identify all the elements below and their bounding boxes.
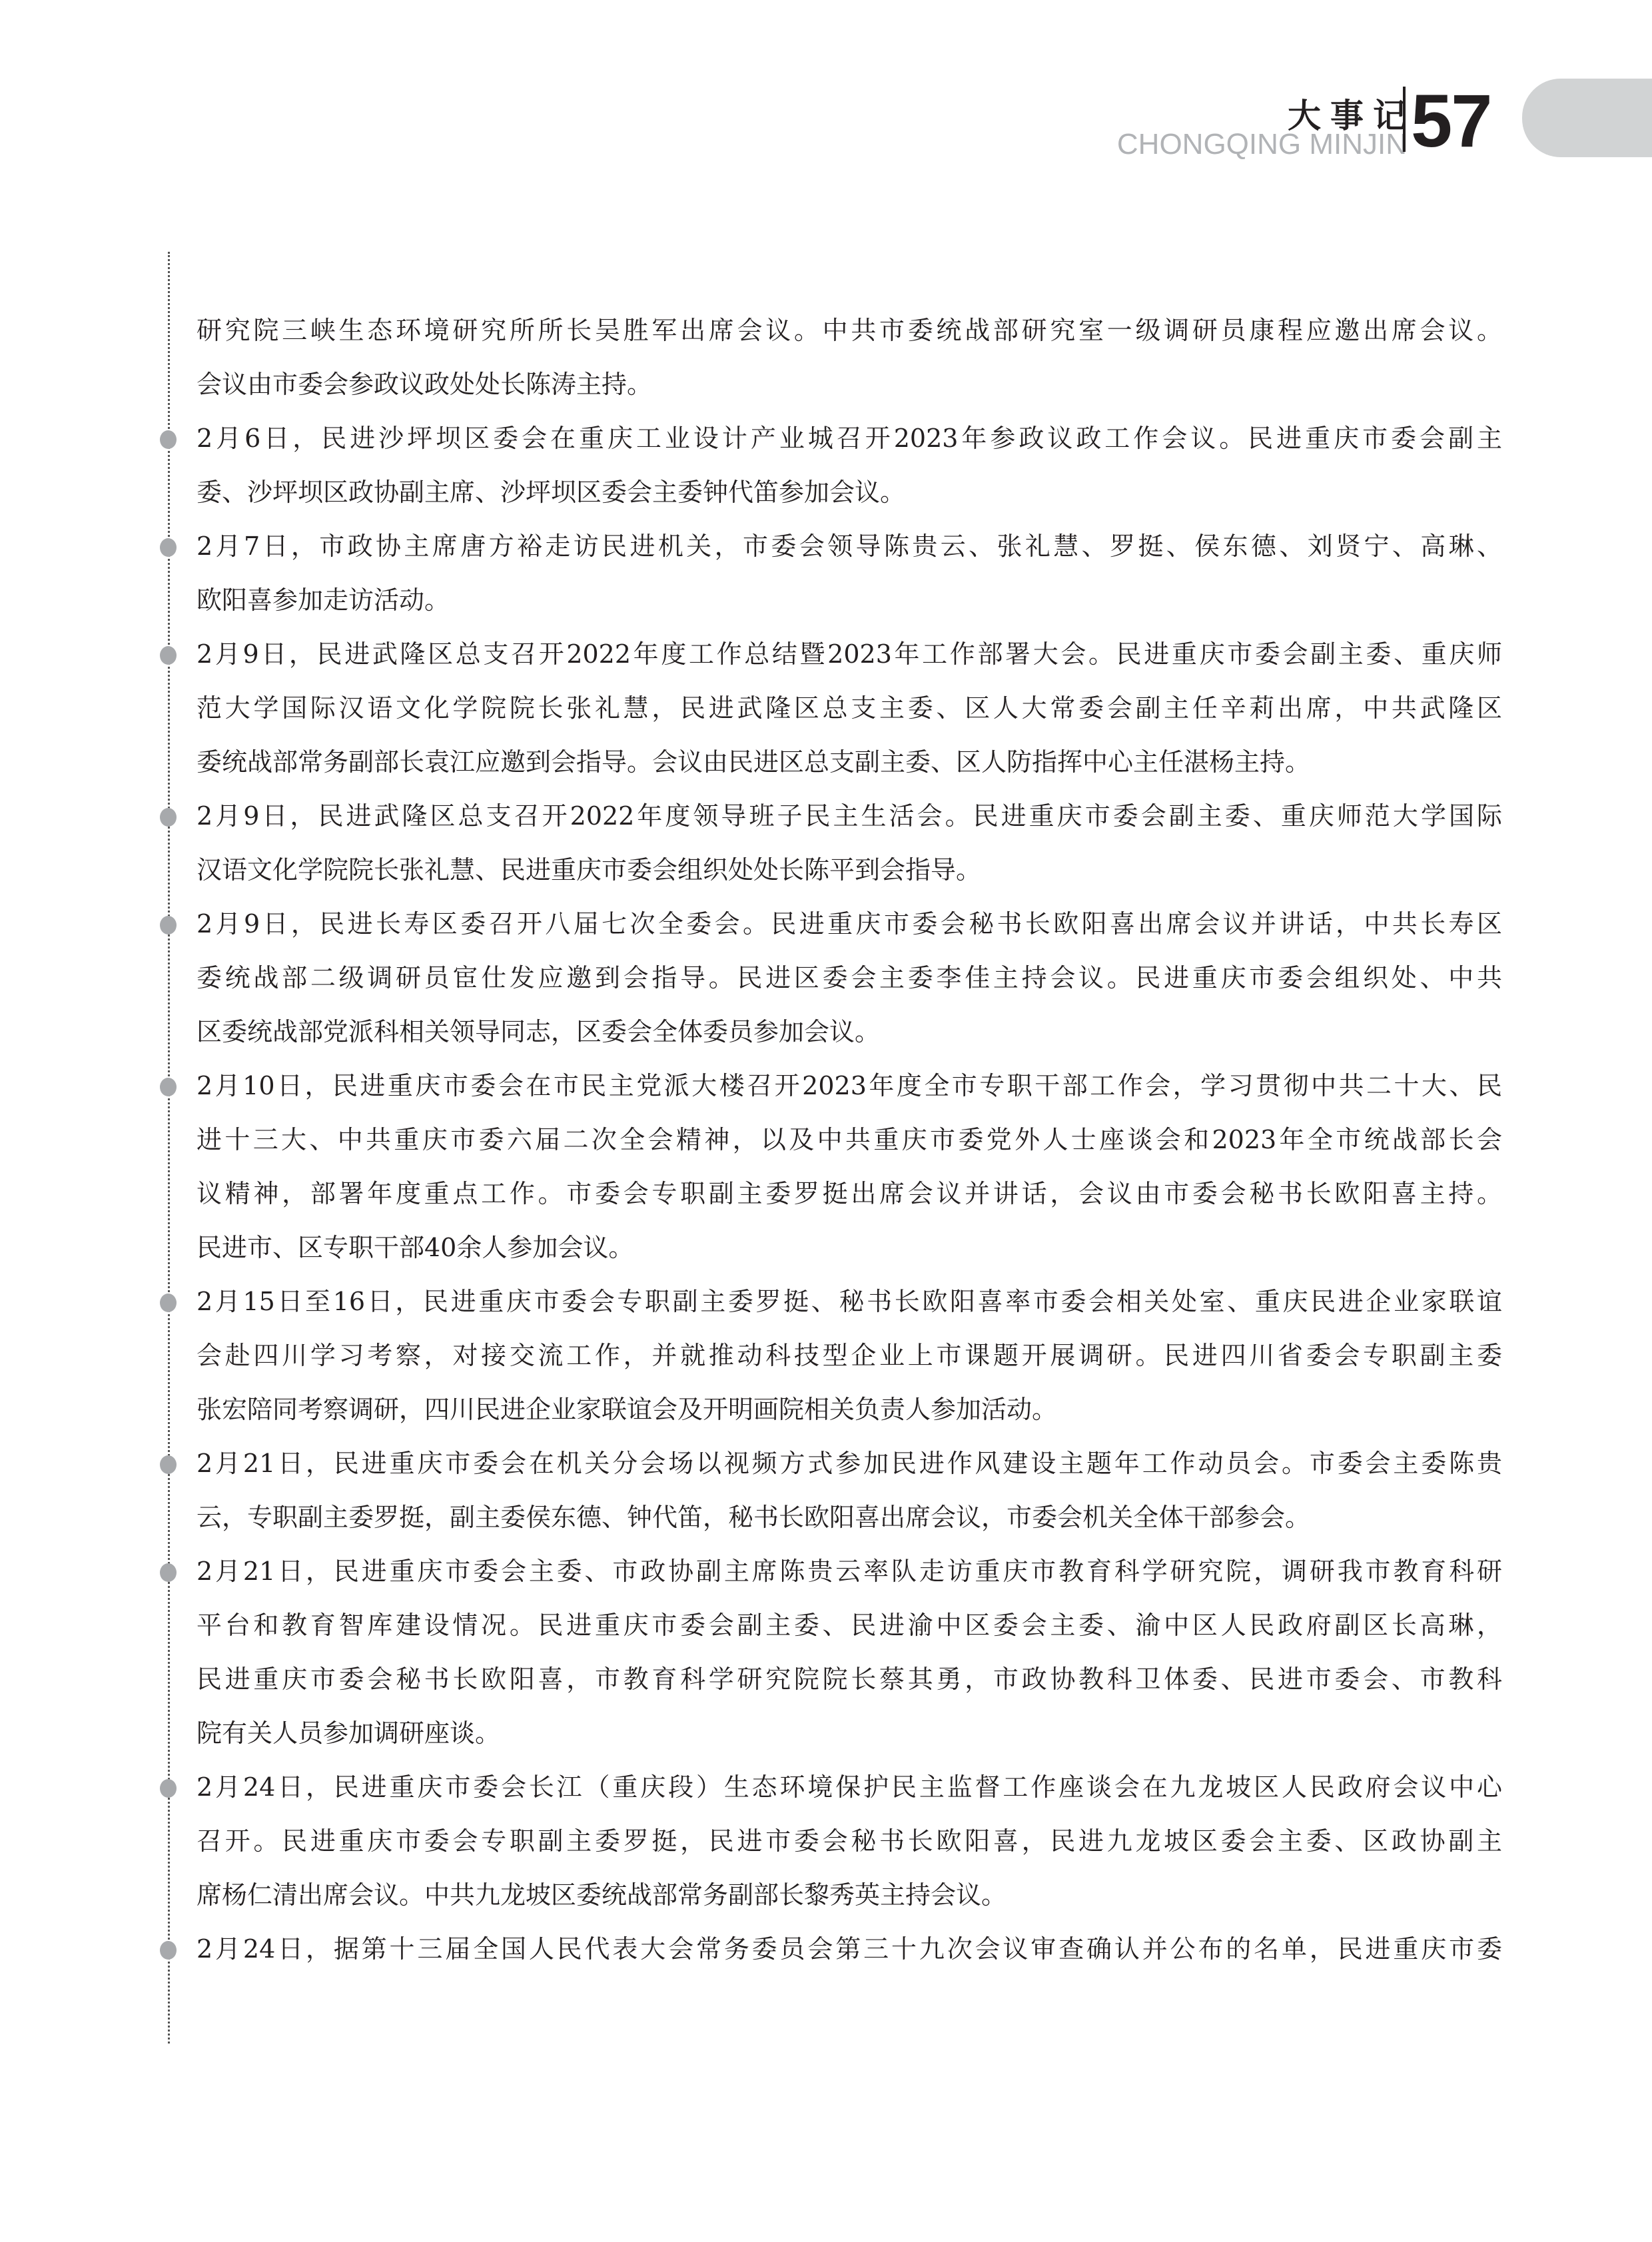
timeline-bullet-icon [160,1779,177,1798]
entry-text-line: 委统战部常务副部长袁江应邀到会指导。会议由民进区总支副主委、区人防指挥中心主任湛… [197,735,1502,789]
page-tab-decoration [1522,79,1652,157]
chronicle-entry: 2月21日，民进重庆市委会主委、市政协副主席陈贵云率队走访重庆市教育科学研究院，… [197,1545,1502,1760]
entry-text-line: 2月10日，民进重庆市委会在市民主党派大楼召开2023年度全市专职干部工作会，学… [197,1059,1502,1113]
entry-text-line: 召开。民进重庆市委会专职副主委罗挺，民进市委会秘书长欧阳喜，民进九龙坡区委会主委… [197,1814,1502,1868]
timeline-bullet-icon [160,430,177,449]
entry-text-line: 2月6日，民进沙坪坝区委会在重庆工业设计产业城召开2023年参政议政工作会议。民… [197,412,1502,466]
chronicle-entry: 2月21日，民进重庆市委会在机关分会场以视频方式参加民进作风建设主题年工作动员会… [197,1437,1502,1545]
entry-text-line: 云，专职副主委罗挺，副主委侯东德、钟代笛，秘书长欧阳喜出席会议，市委会机关全体干… [197,1491,1502,1545]
timeline-bullet-icon [160,808,177,827]
entry-text-line: 会议由市委会参政议政处处长陈涛主持。 [197,358,1502,412]
timeline-bullet-icon [160,1078,177,1096]
timeline-bullet-icon [160,1294,177,1312]
entry-text-line: 议精神，部署年度重点工作。市委会专职副主委罗挺出席会议并讲话，会议由市委会秘书长… [197,1167,1502,1221]
entry-text-line: 委统战部二级调研员宦仕发应邀到会指导。民进区委会主委李佳主持会议。民进重庆市委会… [197,951,1502,1005]
header-divider [1403,87,1406,152]
chronicle-entry: 2月9日，民进武隆区总支召开2022年度工作总结暨2023年工作部署大会。民进重… [197,627,1502,789]
entry-text-line: 2月9日，民进武隆区总支召开2022年度工作总结暨2023年工作部署大会。民进重… [197,627,1502,681]
entry-text-line: 2月9日，民进长寿区委召开八届七次全委会。民进重庆市委会秘书长欧阳喜出席会议并讲… [197,897,1502,951]
chronicle-entry: 2月24日，据第十三届全国人民代表大会常务委员会第三十九次会议审查确认并公布的名… [197,1922,1502,1976]
timeline-bullet-icon [160,646,177,665]
entry-text-line: 2月24日，据第十三届全国人民代表大会常务委员会第三十九次会议审查确认并公布的名… [197,1922,1502,1976]
entry-text-line: 2月21日，民进重庆市委会在机关分会场以视频方式参加民进作风建设主题年工作动员会… [197,1437,1502,1491]
chronicle-entry: 2月6日，民进沙坪坝区委会在重庆工业设计产业城召开2023年参政议政工作会议。民… [197,412,1502,520]
entry-text-line: 张宏陪同考察调研，四川民进企业家联谊会及开明画院相关负责人参加活动。 [197,1383,1502,1437]
timeline-bullet-icon [160,1941,177,1960]
entry-text-line: 院有关人员参加调研座谈。 [197,1706,1502,1760]
entry-text-line: 汉语文化学院院长张礼慧、民进重庆市委会组织处处长陈平到会指导。 [197,843,1502,897]
entry-text-line: 进十三大、中共重庆市委六届二次全会精神，以及中共重庆市委党外人士座谈会和2023… [197,1113,1502,1167]
entry-text-line: 2月15日至16日，民进重庆市委会专职副主委罗挺、秘书长欧阳喜率市委会相关处室、… [197,1275,1502,1329]
timeline-dotted-line [168,252,170,2044]
entry-text-line: 民进市、区专职干部40余人参加会议。 [197,1221,1502,1275]
chronicle-content: 研究院三峡生态环境研究所所长吴胜军出席会议。中共市委统战部研究室一级调研员康程应… [197,304,1502,1976]
entry-text-line: 席杨仁清出席会议。中共九龙坡区委统战部常务副部长黎秀英主持会议。 [197,1868,1502,1922]
chronicle-entry: 2月15日至16日，民进重庆市委会专职副主委罗挺、秘书长欧阳喜率市委会相关处室、… [197,1275,1502,1437]
entry-text-line: 平台和教育智库建设情况。民进重庆市委会副主委、民进渝中区委会主委、渝中区人民政府… [197,1599,1502,1653]
entry-text-line: 研究院三峡生态环境研究所所长吴胜军出席会议。中共市委统战部研究室一级调研员康程应… [197,304,1502,358]
entry-text-line: 委、沙坪坝区政协副主席、沙坪坝区委会主委钟代笛参加会议。 [197,466,1502,520]
page-number: 57 [1411,84,1491,159]
chronicle-entry: 2月7日，市政协主席唐方裕走访民进机关，市委会领导陈贵云、张礼慧、罗挺、侯东德、… [197,520,1502,627]
entry-text-line: 2月9日，民进武隆区总支召开2022年度领导班子民主生活会。民进重庆市委会副主委… [197,789,1502,843]
chronicle-entry: 2月24日，民进重庆市委会长江（重庆段）生态环境保护民主监督工作座谈会在九龙坡区… [197,1760,1502,1922]
chronicle-entry-continued: 研究院三峡生态环境研究所所长吴胜军出席会议。中共市委统战部研究室一级调研员康程应… [197,304,1502,412]
entry-text-line: 欧阳喜参加走访活动。 [197,573,1502,627]
entry-text-line: 会赴四川学习考察，对接交流工作，并就推动科技型企业上市课题开展调研。民进四川省委… [197,1329,1502,1383]
page-header: 大事记 CHONGQING MINJIN 57 [0,0,1652,173]
timeline-bullet-icon [160,1563,177,1582]
chronicle-entry: 2月9日，民进长寿区委召开八届七次全委会。民进重庆市委会秘书长欧阳喜出席会议并讲… [197,897,1502,1059]
timeline-bullet-icon [160,538,177,557]
timeline-bullet-icon [160,1455,177,1474]
entry-text-line: 2月7日，市政协主席唐方裕走访民进机关，市委会领导陈贵云、张礼慧、罗挺、侯东德、… [197,520,1502,573]
entry-text-line: 2月24日，民进重庆市委会长江（重庆段）生态环境保护民主监督工作座谈会在九龙坡区… [197,1760,1502,1814]
timeline-bullet-icon [160,916,177,934]
publication-name: CHONGQING MINJIN [1117,128,1407,161]
entry-text-line: 区委统战部党派科相关领导同志，区委会全体委员参加会议。 [197,1005,1502,1059]
entry-text-line: 民进重庆市委会秘书长欧阳喜，市教育科学研究院院长蔡其勇，市政协教科卫体委、民进市… [197,1653,1502,1706]
entry-text-line: 2月21日，民进重庆市委会主委、市政协副主席陈贵云率队走访重庆市教育科学研究院，… [197,1545,1502,1599]
chronicle-entry: 2月9日，民进武隆区总支召开2022年度领导班子民主生活会。民进重庆市委会副主委… [197,789,1502,897]
entry-text-line: 范大学国际汉语文化学院院长张礼慧，民进武隆区总支主委、区人大常委会副主任辛莉出席… [197,681,1502,735]
chronicle-entry: 2月10日，民进重庆市委会在市民主党派大楼召开2023年度全市专职干部工作会，学… [197,1059,1502,1275]
